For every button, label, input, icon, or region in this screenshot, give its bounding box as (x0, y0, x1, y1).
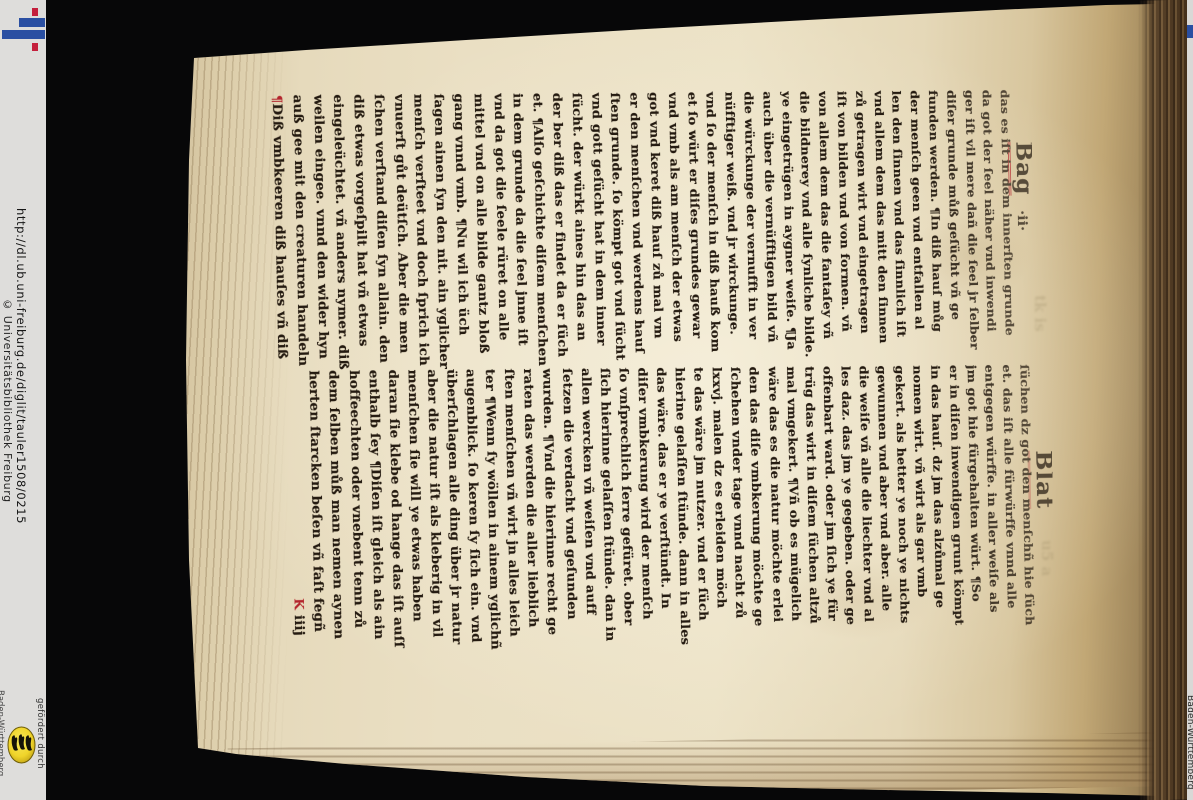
funding-label: gefördert durch (35, 698, 45, 793)
caption-text-block: http://dl.ub.uni-freiburg.de/diglit/taul… (1, 208, 28, 793)
digitized-book-scan: Bag·ii·das es iſt in dem innerſten grund… (0, 0, 1193, 800)
source-url-label: http://dl.ub.uni-freiburg.de/diglit/taul… (14, 208, 28, 793)
logo-red-square-icon (32, 43, 38, 51)
logo-blue-bar-icon (19, 18, 45, 27)
funder-logo-marks (0, 0, 46, 60)
baden-wuerttemberg-wappen-icon (6, 724, 38, 768)
gutter-page-edges (1138, 0, 1193, 800)
logo-red-square-icon (32, 8, 38, 16)
page-text-rotated: Bag·ii·das es iſt in dem innerſten grund… (264, 77, 1122, 679)
logo-blue-bar-icon (2, 30, 45, 39)
right-caption-strip (1187, 0, 1193, 800)
text-column-right: Blatſüchen dz got den menſchñ hie ſüchet… (282, 364, 1056, 676)
region-label-right: Baden-Württemberg (1185, 695, 1193, 795)
funding-region-label-cut: Baden-Württemberg (0, 690, 5, 800)
left-caption-strip: http://dl.ub.uni-freiburg.de/diglit/taul… (0, 0, 46, 800)
photo-area: Bag·ii·das es iſt in dem innerſten grund… (46, 0, 1188, 800)
text-column-left: Bag·ii·das es iſt in dem innerſten grund… (264, 89, 1036, 390)
text-band-lower: Blatſüchen dz got den menſchñ hie ſüchet… (282, 364, 1056, 676)
logo-blue-bar-icon (1187, 25, 1193, 38)
text-band-upper: Bag·ii·das es iſt in dem innerſten grund… (264, 89, 1036, 390)
